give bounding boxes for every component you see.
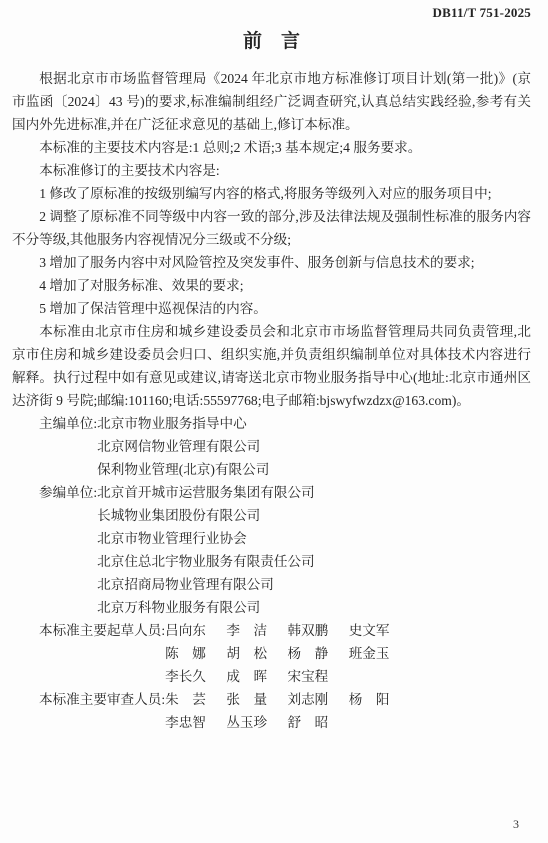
unit-name: 北京市物业服务指导中心 bbox=[97, 412, 531, 435]
reviewers-row: 朱 芸 张 量 刘志刚 杨 阳 bbox=[165, 688, 531, 711]
page-title: 前 言 bbox=[12, 29, 531, 55]
foreword-revision-item: 3 增加了服务内容中对风险管控及突发事件、服务创新与信息技术的要求; bbox=[12, 251, 531, 274]
drafters-label: 本标准主要起草人员: bbox=[39, 619, 165, 688]
drafters-list: 吕向东 李 洁 韩双鹏 史文军 陈 娜 胡 松 杨 静 班金玉 李长久 成 晖 … bbox=[165, 619, 531, 688]
chief-units-label: 主编单位: bbox=[39, 412, 97, 481]
foreword-body: 根据北京市市场监督管理局《2024 年北京市地方标准修订项目计划(第一批)》(京… bbox=[12, 67, 531, 734]
person-name: 史文军 bbox=[349, 619, 390, 642]
person-name: 朱 芸 bbox=[165, 688, 206, 711]
person-name: 胡 松 bbox=[226, 642, 267, 665]
person-name: 宋宝程 bbox=[288, 665, 329, 688]
unit-name: 北京市物业管理行业协会 bbox=[97, 527, 531, 550]
person-name: 舒 昭 bbox=[288, 711, 329, 734]
unit-name: 北京招商局物业管理有限公司 bbox=[97, 573, 531, 596]
participating-units-label: 参编单位: bbox=[39, 481, 97, 619]
person-name: 陈 娜 bbox=[165, 642, 206, 665]
person-name: 丛玉珍 bbox=[226, 711, 267, 734]
person-name: 杨 静 bbox=[288, 642, 329, 665]
person-name: 杨 阳 bbox=[349, 688, 390, 711]
page-number: 3 bbox=[513, 817, 519, 832]
chief-units-block: 主编单位: 北京市物业服务指导中心 北京网信物业管理有限公司 保利物业管理(北京… bbox=[12, 412, 531, 481]
foreword-revision-item: 2 调整了原标准不同等级中内容一致的部分,涉及法律法规及强制性标准的服务内容不分… bbox=[12, 205, 531, 251]
foreword-paragraph: 根据北京市市场监督管理局《2024 年北京市地方标准修订项目计划(第一批)》(京… bbox=[12, 67, 531, 136]
reviewers-label: 本标准主要审查人员: bbox=[39, 688, 165, 734]
unit-name: 北京住总北宇物业服务有限责任公司 bbox=[97, 550, 531, 573]
person-name: 吕向东 bbox=[165, 619, 206, 642]
reviewers-list: 朱 芸 张 量 刘志刚 杨 阳 李忠智 丛玉珍 舒 昭 bbox=[165, 688, 531, 734]
unit-name: 北京网信物业管理有限公司 bbox=[97, 435, 531, 458]
person-name: 韩双鹏 bbox=[288, 619, 329, 642]
participating-units-list: 北京首开城市运营服务集团有限公司 长城物业集团股份有限公司 北京市物业管理行业协… bbox=[97, 481, 531, 619]
person-name: 李长久 bbox=[165, 665, 206, 688]
person-name: 成 晖 bbox=[226, 665, 267, 688]
foreword-revision-item: 5 增加了保洁管理中巡视保洁的内容。 bbox=[12, 297, 531, 320]
unit-name: 保利物业管理(北京)有限公司 bbox=[97, 458, 531, 481]
drafters-row: 李长久 成 晖 宋宝程 bbox=[165, 665, 531, 688]
foreword-paragraph: 本标准由北京市住房和城乡建设委员会和北京市市场监督管理局共同负责管理,北京市住房… bbox=[12, 320, 531, 412]
unit-name: 长城物业集团股份有限公司 bbox=[97, 504, 531, 527]
drafters-row: 陈 娜 胡 松 杨 静 班金玉 bbox=[165, 642, 531, 665]
person-name: 李 洁 bbox=[226, 619, 267, 642]
unit-name: 北京首开城市运营服务集团有限公司 bbox=[97, 481, 531, 504]
drafters-block: 本标准主要起草人员: 吕向东 李 洁 韩双鹏 史文军 陈 娜 胡 松 杨 静 班… bbox=[12, 619, 531, 688]
standard-code-header: DB11/T 751-2025 bbox=[12, 5, 531, 20]
foreword-revision-item: 4 增加了对服务标准、效果的要求; bbox=[12, 274, 531, 297]
foreword-paragraph: 本标准修订的主要技术内容是: bbox=[12, 159, 531, 182]
person-name: 李忠智 bbox=[165, 711, 206, 734]
foreword-paragraph: 本标准的主要技术内容是:1 总则;2 术语;3 基本规定;4 服务要求。 bbox=[12, 136, 531, 159]
unit-name: 北京万科物业服务有限公司 bbox=[97, 596, 531, 619]
document-page: DB11/T 751-2025 前 言 根据北京市市场监督管理局《2024 年北… bbox=[0, 0, 548, 843]
reviewers-block: 本标准主要审查人员: 朱 芸 张 量 刘志刚 杨 阳 李忠智 丛玉珍 舒 昭 bbox=[12, 688, 531, 734]
chief-units-list: 北京市物业服务指导中心 北京网信物业管理有限公司 保利物业管理(北京)有限公司 bbox=[97, 412, 531, 481]
reviewers-row: 李忠智 丛玉珍 舒 昭 bbox=[165, 711, 531, 734]
foreword-revision-item: 1 修改了原标准的按级别编写内容的格式,将服务等级列入对应的服务项目中; bbox=[12, 182, 531, 205]
person-name: 班金玉 bbox=[349, 642, 390, 665]
participating-units-block: 参编单位: 北京首开城市运营服务集团有限公司 长城物业集团股份有限公司 北京市物… bbox=[12, 481, 531, 619]
person-name: 刘志刚 bbox=[288, 688, 329, 711]
person-name: 张 量 bbox=[226, 688, 267, 711]
drafters-row: 吕向东 李 洁 韩双鹏 史文军 bbox=[165, 619, 531, 642]
